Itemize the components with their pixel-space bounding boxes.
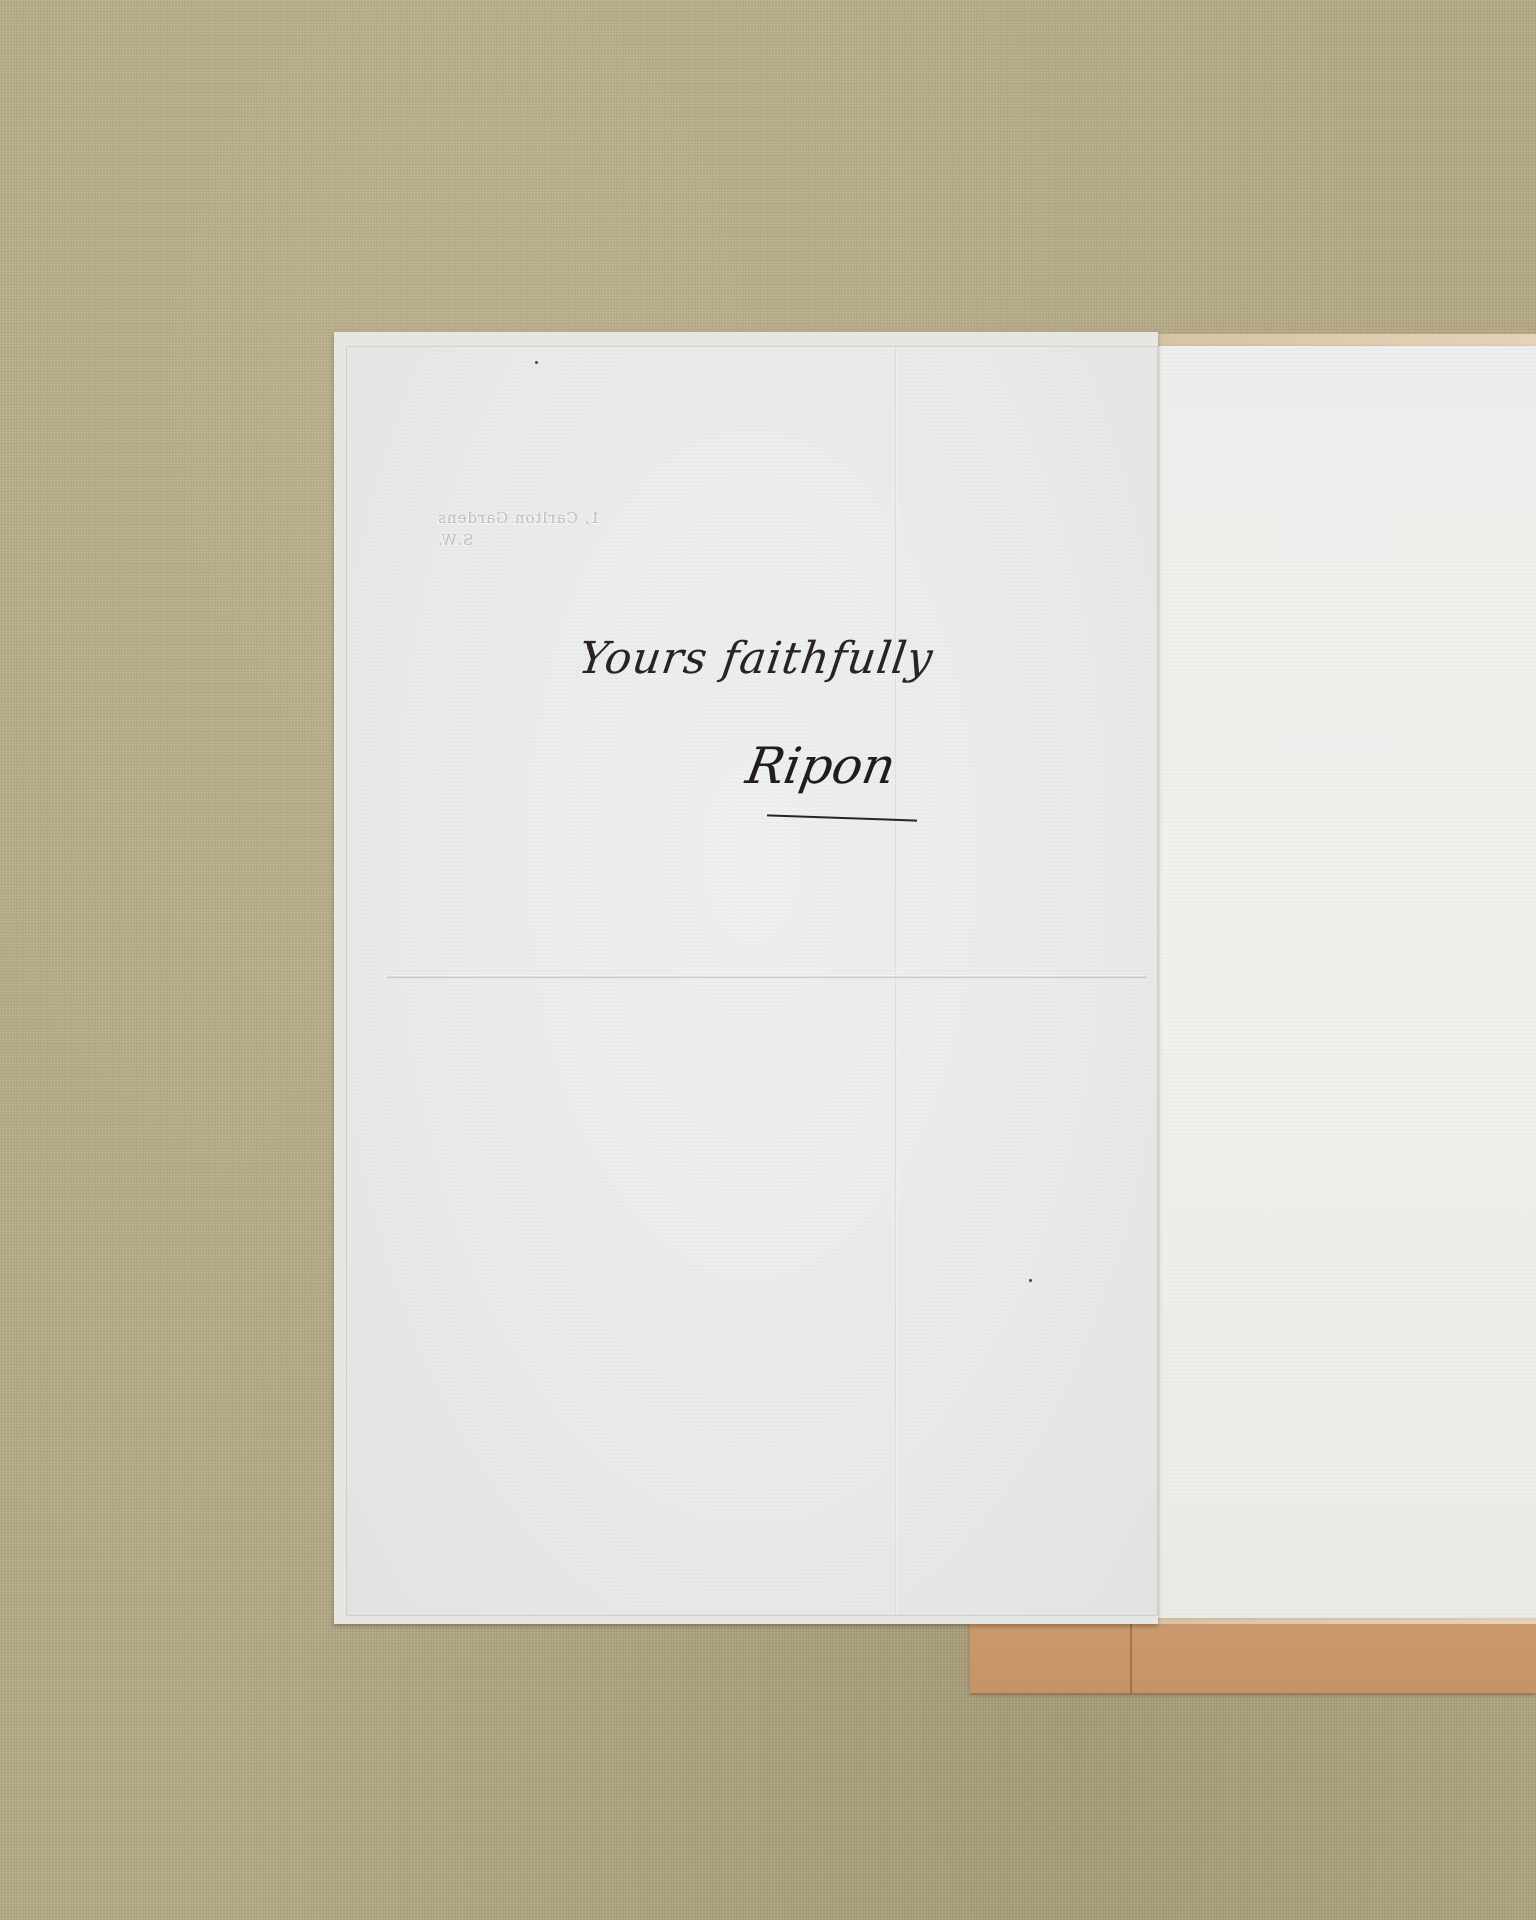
letter-closing: Yours faithfully — [575, 633, 936, 684]
emboss-line-2: S.W. — [437, 529, 677, 551]
ink-speck — [587, 647, 589, 649]
paper-texture — [1142, 346, 1536, 1618]
emboss-line-1: 1, Carlton Gardens — [437, 507, 677, 529]
ink-speck — [1029, 1279, 1032, 1282]
signature: Ripon — [742, 737, 900, 795]
right-page-blank — [1142, 346, 1536, 1618]
horizontal-fold-crease — [387, 975, 1147, 978]
embossed-address: 1, Carlton Gardens S.W. — [437, 507, 677, 551]
vertical-fold-crease — [895, 347, 897, 1615]
ink-speck — [535, 361, 538, 364]
letter-page: 1, Carlton Gardens S.W. Yours faithfully… — [346, 346, 1158, 1616]
